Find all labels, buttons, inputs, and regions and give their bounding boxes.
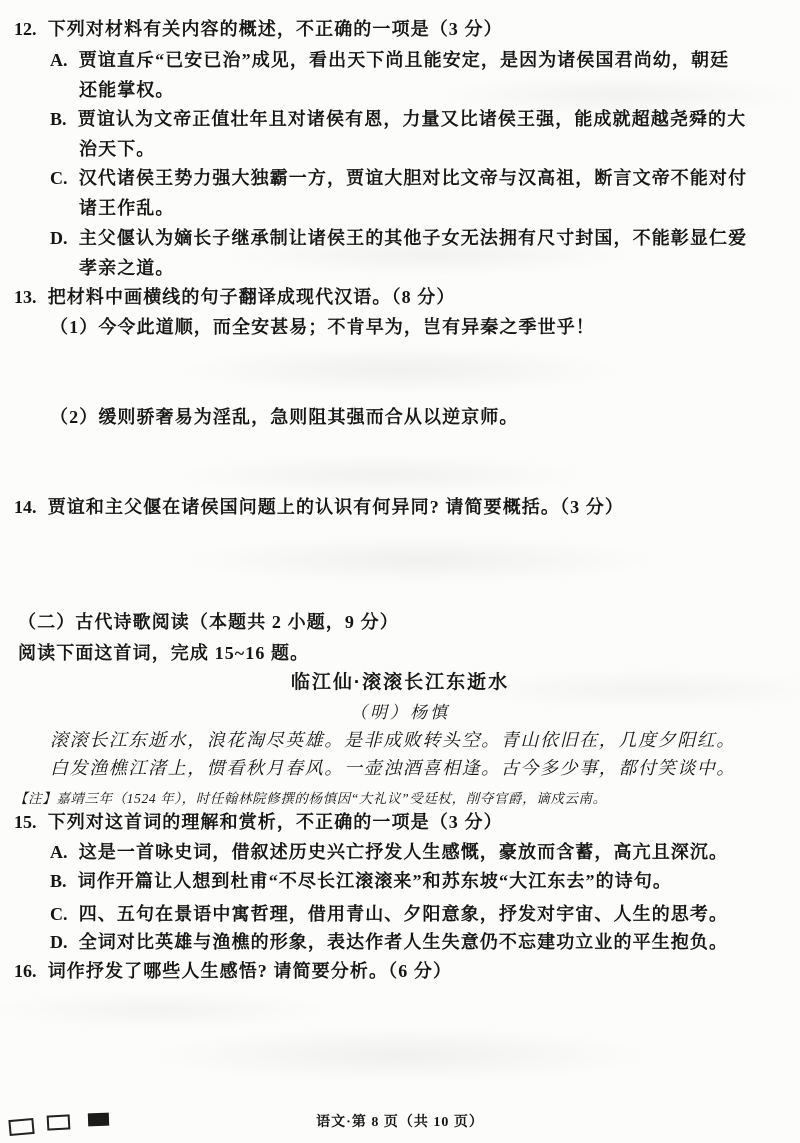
option-label: D. <box>50 228 68 248</box>
q12-row: 12. 下列对材料有关内容的概述，不正确的一项是（3 分） <box>14 18 503 40</box>
q13-row: 13. 把材料中画横线的句子翻译成现代汉语。（8 分） <box>14 286 456 308</box>
q15-row: 15. 下列对这首词的理解和赏析，不正确的一项是（3 分） <box>14 811 503 833</box>
poem-note: 【注】嘉靖三年（1524 年），时任翰林院修撰的杨慎因“大礼议”受廷杖，削夺官爵… <box>14 788 607 810</box>
option-text: 贾谊认为文帝正值壮年且对诸侯有恩，力量又比诸侯王强，能成就超越尧舜的大 <box>78 109 747 129</box>
q12-option-d-line1: D. 主父偃认为嫡长子继承制让诸侯王的其他子女无法拥有尺寸封国，不能彰显仁爱 <box>50 227 747 249</box>
q16-number: 16. <box>14 961 37 981</box>
q16-row: 16. 词作抒发了哪些人生感悟? 请简要分析。（6 分） <box>14 960 452 982</box>
q12-option-a-line2: 还能掌权。 <box>79 79 175 101</box>
section2-intro: 阅读下面这首词，完成 15~16 题。 <box>18 642 309 664</box>
option-label: C. <box>50 168 68 188</box>
q12-option-c-line1: C. 汉代诸侯王势力强大独霸一方，贾谊大胆对比文帝与汉高祖，断言文帝不能对付 <box>50 167 747 189</box>
q12-option-a-line1: A. 贾谊直斥“已安已治”成见，看出天下尚且能安定，是因为诸侯国君尚幼，朝廷 <box>50 49 729 71</box>
section2-heading: （二）古代诗歌阅读（本题共 2 小题，9 分） <box>18 611 399 633</box>
option-text: 孝亲之道。 <box>79 258 175 278</box>
exam-page: { "q12": { "number": "12.", "stem": "下列对… <box>0 0 800 1143</box>
option-label: D. <box>50 932 68 952</box>
q15-option-d: D. 全词对比英雄与渔樵的形象，表达作者人生失意仍不忘建功立业的平生抱负。 <box>50 931 728 953</box>
poem-line-1: 滚滚长江东逝水，浪花淘尽英雄。是非成败转头空。青山依旧在，几度夕阳红。 <box>50 729 736 751</box>
q14-number: 14. <box>14 497 37 517</box>
option-text: 主父偃认为嫡长子继承制让诸侯王的其他子女无法拥有尺寸封国，不能彰显仁爱 <box>79 228 748 248</box>
option-text: 四、五句在景语中寓哲理，借用青山、夕阳意象，抒发对宇宙、人生的思考。 <box>79 904 728 924</box>
q13-part2: （2）缓则骄奢易为淫乱，急则阻其强而合从以逆京师。 <box>50 406 519 428</box>
option-label: B. <box>50 109 67 129</box>
option-label: A. <box>50 50 68 70</box>
q15-option-c: C. 四、五句在景语中寓哲理，借用青山、夕阳意象，抒发对宇宙、人生的思考。 <box>50 903 728 925</box>
registration-mark-filled <box>88 1113 109 1127</box>
q15-stem: 下列对这首词的理解和赏析，不正确的一项是（3 分） <box>48 812 503 832</box>
part-text: 缓则骄奢易为淫乱，急则阻其强而合从以逆京师。 <box>98 407 518 427</box>
q12-option-d-line2: 孝亲之道。 <box>79 257 175 279</box>
option-text: 诸王作乱。 <box>79 198 175 218</box>
q12-stem: 下列对材料有关内容的概述，不正确的一项是（3 分） <box>48 19 503 39</box>
q15-option-a: A. 这是一首咏史词，借叙述历史兴亡抒发人生感慨，豪放而含蓄，高亢且深沉。 <box>50 841 728 863</box>
option-text: 词作开篇让人想到杜甫“不尽长江滚滚来”和苏东坡“大江东去”的诗句。 <box>78 871 672 891</box>
poem-title: 临江仙·滚滚长江东逝水 <box>0 672 800 694</box>
q13-stem: 把材料中画横线的句子翻译成现代汉语。（8 分） <box>48 287 456 307</box>
q16-stem: 词作抒发了哪些人生感悟? 请简要分析。（6 分） <box>48 961 452 981</box>
option-text: 这是一首咏史词，借叙述历史兴亡抒发人生感慨，豪放而含蓄，高亢且深沉。 <box>79 842 728 862</box>
q12-option-b-line2: 治天下。 <box>79 138 155 160</box>
option-label: C. <box>50 904 68 924</box>
q13-number: 13. <box>14 287 37 307</box>
q12-option-b-line1: B. 贾谊认为文帝正值壮年且对诸侯有恩，力量又比诸侯王强，能成就超越尧舜的大 <box>50 108 746 130</box>
option-text: 贾谊直斥“已安已治”成见，看出天下尚且能安定，是因为诸侯国君尚幼，朝廷 <box>79 50 730 70</box>
q14-row: 14. 贾谊和主父偃在诸侯国问题上的认识有何异同? 请简要概括。（3 分） <box>14 496 624 518</box>
registration-mark-outline-1 <box>8 1118 34 1136</box>
part-label: （1） <box>50 317 98 337</box>
poem-author: （明）杨慎 <box>0 702 800 724</box>
page-footer: 语文·第 8 页（共 10 页） <box>0 1112 800 1134</box>
q15-option-b: B. 词作开篇让人想到杜甫“不尽长江滚滚来”和苏东坡“大江东去”的诗句。 <box>50 870 672 892</box>
poem-line-2: 白发渔樵江渚上，惯看秋月春风。一壶浊酒喜相逢。古今多少事，都付笑谈中。 <box>50 757 736 779</box>
option-text: 治天下。 <box>79 139 155 159</box>
q12-number: 12. <box>14 19 37 39</box>
q14-stem: 贾谊和主父偃在诸侯国问题上的认识有何异同? 请简要概括。（3 分） <box>48 497 624 517</box>
q15-number: 15. <box>14 812 37 832</box>
q12-option-c-line2: 诸王作乱。 <box>79 197 175 219</box>
part-text: 今令此道顺，而全安甚易；不肯早为，岂有异秦之季世乎！ <box>98 317 595 337</box>
registration-mark-outline-2 <box>47 1114 71 1130</box>
option-text: 还能掌权。 <box>79 80 175 100</box>
part-label: （2） <box>50 407 98 427</box>
option-label: A. <box>50 842 68 862</box>
q13-part1: （1）今令此道顺，而全安甚易；不肯早为，岂有异秦之季世乎！ <box>50 316 595 338</box>
option-text: 汉代诸侯王势力强大独霸一方，贾谊大胆对比文帝与汉高祖，断言文帝不能对付 <box>79 168 748 188</box>
option-text: 全词对比英雄与渔樵的形象，表达作者人生失意仍不忘建功立业的平生抱负。 <box>79 932 728 952</box>
option-label: B. <box>50 871 67 891</box>
